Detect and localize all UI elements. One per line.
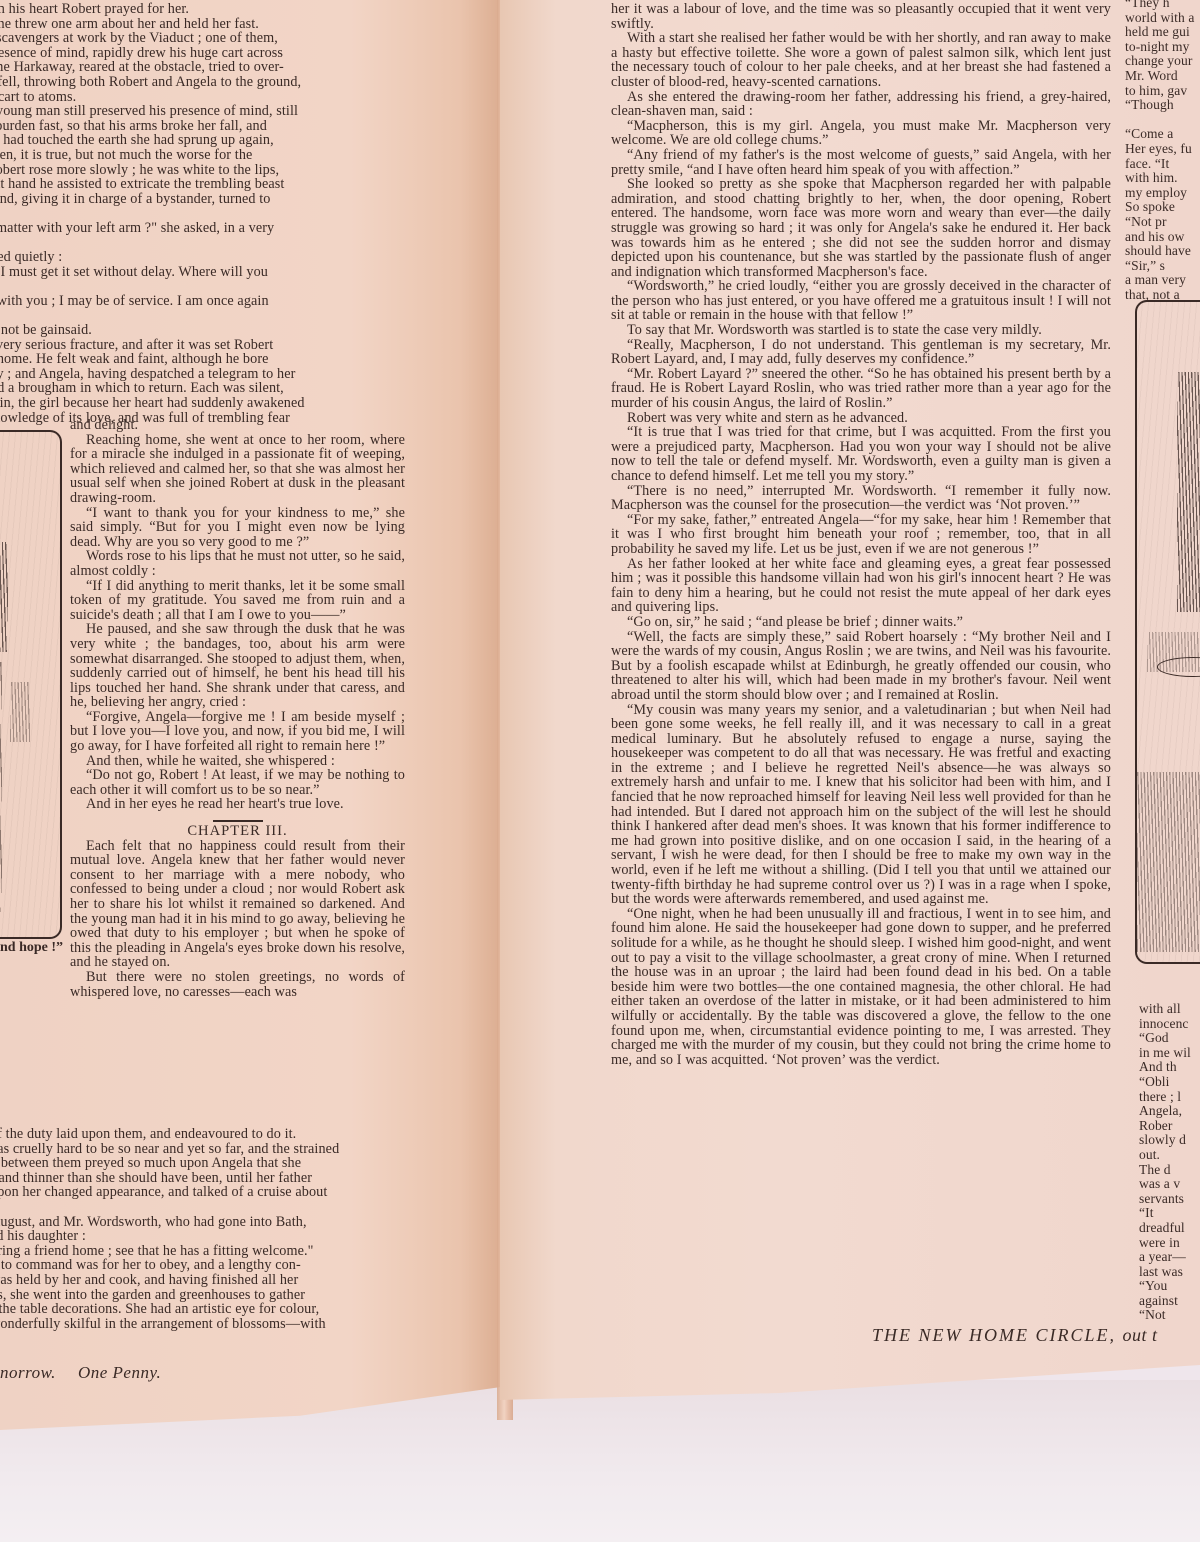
text-line: to him, gav	[1125, 84, 1200, 99]
text-line: wonderfully skilful in the arrangement o…	[0, 1317, 404, 1332]
paragraph: “My cousin was many years my senior, and…	[611, 703, 1111, 907]
text-line: my employ	[1125, 186, 1200, 201]
text-line: to-night my	[1125, 40, 1200, 55]
paragraph: “Wordsworth,” he cried loudly, “either y…	[611, 279, 1111, 323]
right-footer: THE NEW HOME CIRCLE, out t	[872, 1325, 1158, 1346]
text-line: e matter with your left arm ?" she asked…	[0, 221, 386, 236]
text-line: in me wil	[1139, 1046, 1200, 1061]
text-line: held me gui	[1125, 25, 1200, 40]
text-line: r the table decorations. She had an arti…	[0, 1302, 404, 1317]
text-line: g home. He felt weak and faint, although…	[0, 352, 386, 367]
paragraph: And then, while he waited, she whispered…	[70, 754, 405, 769]
paragraph: “One night, when he had been unusually i…	[611, 907, 1111, 1068]
text-line: slowly d	[1139, 1133, 1200, 1148]
illustration-right	[1135, 300, 1200, 964]
illustration-hatching	[0, 662, 2, 912]
footer-text: norrow.	[0, 1363, 56, 1382]
right-edge-column-upper: “They hworld with aheld me guito-night m…	[1125, 0, 1200, 302]
paragraph: To say that Mr. Wordsworth was startled …	[611, 323, 1111, 338]
text-line: Her eyes, fu	[1125, 142, 1200, 157]
text-line: presence of mind, rapidly drew his huge …	[0, 46, 386, 61]
illustration-hatching	[0, 542, 8, 652]
text-line: g-cart to atoms.	[0, 90, 386, 105]
text-line: “Not pr	[1125, 215, 1200, 230]
text-line: The d	[1139, 1163, 1200, 1178]
illustration-hatching	[1177, 372, 1200, 612]
chapter-divider	[213, 820, 263, 822]
text-line	[0, 1200, 404, 1215]
text-line: “Though	[1125, 98, 1200, 113]
text-line	[1125, 113, 1200, 128]
text-line: g with you ; I may be of service. I am o…	[0, 294, 386, 309]
text-line: p between them preyed so much upon Angel…	[0, 1156, 404, 1171]
text-line: ; in his heart Robert prayed for her.	[0, 2, 386, 17]
illustration-hatching	[1137, 772, 1200, 952]
paragraph: She looked so pretty as she spoke that M…	[611, 177, 1111, 279]
text-line: “Sir,” s	[1125, 259, 1200, 274]
paragraph: “Forgive, Angela—forgive me ! I am besid…	[70, 710, 405, 754]
text-line: “It	[1139, 1206, 1200, 1221]
text-line: Angela,	[1139, 1104, 1200, 1119]
paragraph: “Any friend of my father's is the most w…	[611, 148, 1111, 177]
text-line: , and, giving it in charge of a bystande…	[0, 192, 386, 207]
paragraph: Reaching home, she went at once to her r…	[70, 433, 405, 506]
paragraph: “If I did anything to merit thanks, let …	[70, 579, 405, 623]
text-line	[0, 279, 386, 294]
paragraph: With a start she realised her father wou…	[611, 31, 1111, 89]
paragraph: Each felt that no happiness could result…	[70, 839, 405, 970]
text-line: e young man still preserved his presence…	[0, 104, 386, 119]
text-line: Robert rose more slowly ; he was white t…	[0, 163, 386, 178]
text-line: servants	[1139, 1192, 1200, 1207]
text-line: out.	[1139, 1148, 1200, 1163]
chapter-heading: CHAPTER III.	[70, 824, 405, 839]
text-line: “You	[1139, 1279, 1200, 1294]
left-lower-column: of the duty laid upon them, and endeavou…	[0, 1127, 404, 1331]
text-line: bring a friend home ; see that he has a …	[0, 1244, 404, 1259]
paragraph: “For my sake, father,” entreated Angela—…	[611, 513, 1111, 557]
text-line: r and thinner than she should have been,…	[0, 1171, 404, 1186]
text-line: “God	[1139, 1031, 1200, 1046]
text-line: Mr. Word	[1125, 69, 1200, 84]
text-line	[0, 206, 386, 221]
text-line: was a v	[1139, 1177, 1200, 1192]
text-line: a man very	[1125, 273, 1200, 288]
right-main-column: her it was a labour of love, and the tim…	[611, 2, 1111, 1067]
text-line: ed his daughter :	[0, 1229, 404, 1244]
text-line: So spoke	[1125, 200, 1200, 215]
text-line: n to command was for her to obey, and a …	[0, 1258, 404, 1273]
paragraph: and delight.	[70, 418, 405, 433]
text-line: change your	[1125, 54, 1200, 69]
paragraph: “Go on, sir,” he said ; “and please be b…	[611, 615, 1111, 630]
text-line	[0, 308, 386, 323]
text-line: with all	[1139, 1002, 1200, 1017]
text-line: face. “It	[1125, 157, 1200, 172]
illustration-left	[0, 430, 62, 939]
text-line: “They h	[1125, 0, 1200, 11]
paragraph: “There is no need,” interrupted Mr. Word…	[611, 484, 1111, 513]
text-line: were in	[1139, 1236, 1200, 1251]
text-line: and his ow	[1125, 230, 1200, 245]
paragraph: But there were no stolen greetings, no w…	[70, 970, 405, 999]
text-line: world with a	[1125, 11, 1200, 26]
text-line: s burden fast, so that his arms broke he…	[0, 119, 386, 134]
text-line: August, and Mr. Wordsworth, who had gone…	[0, 1215, 404, 1230]
paragraph: “Macpherson, this is my girl. Angela, yo…	[611, 119, 1111, 148]
text-line: a very serious fracture, and after it wa…	[0, 338, 386, 353]
text-line: ght hand he assisted to extricate the tr…	[0, 177, 386, 192]
text-line: aken, it is true, but not much the worse…	[0, 148, 386, 163]
text-line: red a brougham in which to return. Each …	[0, 381, 386, 396]
text-line: .	[0, 236, 386, 251]
text-line: ame Harkaway, reared at the obstacle, tr…	[0, 60, 386, 75]
text-line: upon her changed appearance, and talked …	[0, 1185, 404, 1200]
text-line: was held by her and cook, and having fin…	[0, 1273, 404, 1288]
illustration-hatching	[10, 682, 30, 742]
text-line: he had touched the earth she had sprung …	[0, 133, 386, 148]
text-line: with him.	[1125, 171, 1200, 186]
paragraph: “I want to thank you for your kindness t…	[70, 506, 405, 550]
text-line: “Come a	[1125, 127, 1200, 142]
text-line: And th	[1139, 1060, 1200, 1075]
left-footer: norrow.One Penny.	[0, 1363, 161, 1383]
text-line: l, fell, throwing both Robert and Angela…	[0, 75, 386, 90]
illustration-chair-seat	[1157, 657, 1200, 677]
text-line: “Obli	[1139, 1075, 1200, 1090]
paragraph: Words rose to his lips that he must not …	[70, 549, 405, 578]
footer-price: One Penny.	[78, 1363, 161, 1382]
text-line: ld not be gainsaid.	[0, 323, 386, 338]
paragraph: He paused, and she saw through the dusk …	[70, 622, 405, 710]
text-line: ns, she went into the garden and greenho…	[0, 1288, 404, 1303]
left-upper-column: ; in his heart Robert prayed for her.r, …	[0, 2, 386, 425]
paragraph: her it was a labour of love, and the tim…	[611, 2, 1111, 31]
paragraph: Robert was very white and stern as he ad…	[611, 411, 1111, 426]
text-line: a year—	[1139, 1250, 1200, 1265]
illustration-caption: nd hope !”	[0, 940, 63, 956]
paragraph: And in her eyes he read her heart's true…	[70, 797, 405, 812]
text-line: of the duty laid upon them, and endeavou…	[0, 1127, 404, 1142]
text-line: r, he threw one arm about her and held h…	[0, 17, 386, 32]
paragraph: As her father looked at her white face a…	[611, 557, 1111, 615]
paragraph: “It is true that I was tried for that cr…	[611, 425, 1111, 483]
paragraph: “Really, Macpherson, I do not understand…	[611, 338, 1111, 367]
text-line: n. I must get it set without delay. Wher…	[0, 265, 386, 280]
text-line: against	[1139, 1294, 1200, 1309]
left-page: ; in his heart Robert prayed for her.r, …	[0, 0, 500, 1430]
paragraph: “Do not go, Robert ! At least, if we may…	[70, 768, 405, 797]
text-line: dreadful	[1139, 1221, 1200, 1236]
text-line: innocenc	[1139, 1017, 1200, 1032]
text-line: pain, the girl because her heart had sud…	[0, 396, 386, 411]
text-line: there ; l	[1139, 1090, 1200, 1105]
footer-tail: out t	[1123, 1325, 1158, 1345]
text-line: e scavengers at work by the Viaduct ; on…	[0, 31, 386, 46]
publication-title: THE NEW HOME CIRCLE,	[872, 1325, 1116, 1345]
text-line: ely ; and Angela, having despatched a te…	[0, 367, 386, 382]
text-line: should have	[1125, 244, 1200, 259]
right-edge-column-lower: with allinnocenc“Godin me wilAnd th“Obli…	[1139, 1002, 1200, 1323]
paragraph: “Well, the facts are simply these,” said…	[611, 630, 1111, 703]
left-narrow-column: and delight.Reaching home, she went at o…	[70, 418, 405, 999]
text-line: Rober	[1139, 1119, 1200, 1134]
paragraph: As she entered the drawing-room her fath…	[611, 90, 1111, 119]
text-line: “Not	[1139, 1308, 1200, 1323]
paragraph: “Mr. Robert Layard ?” sneered the other.…	[611, 367, 1111, 411]
text-line: last was	[1139, 1265, 1200, 1280]
text-line: vas cruelly hard to be so near and yet s…	[0, 1142, 404, 1157]
text-line: ered quietly :	[0, 250, 386, 265]
